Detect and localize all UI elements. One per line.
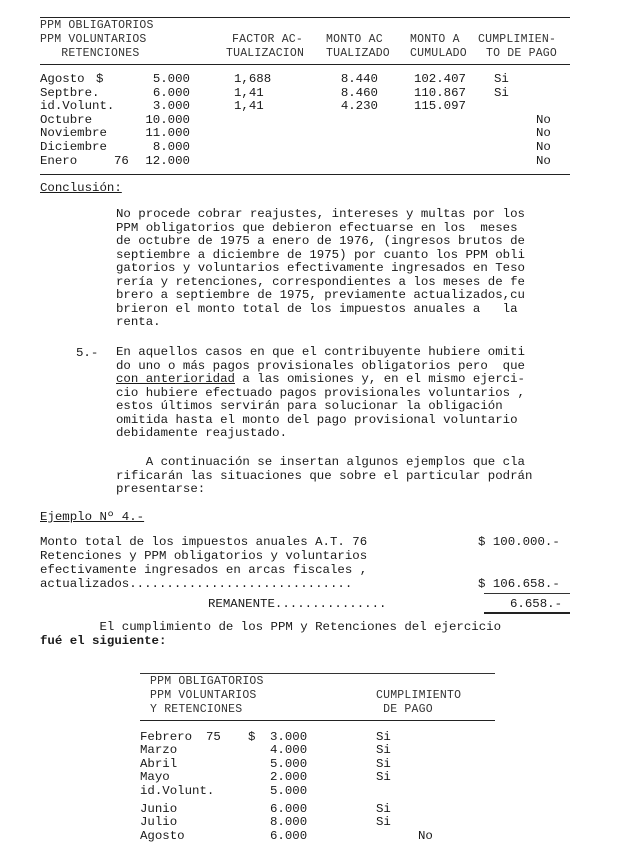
table-row: Enero7612.000No: [40, 154, 570, 168]
month-cell: id.Volunt.: [40, 99, 114, 113]
factor-cell: 1,41: [234, 99, 264, 113]
amount-cell: 5.000: [153, 72, 190, 86]
month-cell: Julio: [140, 815, 177, 829]
text-line: brieron el monto total de los impuestos …: [116, 303, 525, 317]
amount-cell: 6.000: [270, 802, 307, 816]
month-cell: Enero: [40, 154, 77, 168]
text-line: brero a septiembre de 1975, previamente …: [116, 289, 525, 303]
amount-cell: 2.000: [270, 770, 307, 784]
text-line: rería y retenciones, correspondientes a …: [116, 276, 525, 290]
point-number: 5.-: [76, 346, 98, 360]
table1-top-rule: [40, 17, 570, 18]
compliance-yes-cell: Si: [494, 72, 509, 86]
table1-header-monto-acumulado: MONTO ACUMULADO: [410, 33, 467, 61]
amount-cell: 3.000: [270, 730, 307, 744]
table1-header-col1: PPM OBLIGATORIOSPPM VOLUNTARIOS RETENCIO…: [40, 19, 154, 61]
text-line: omitida hasta el monto del pago provisio…: [116, 414, 525, 428]
amount-cell: 5.000: [270, 784, 307, 798]
text-line: PPM obligatorios que debieron efectuarse…: [116, 222, 525, 236]
amount-cell: 6.000: [153, 86, 190, 100]
table-row: Junio6.000Si: [140, 802, 495, 816]
text-line: de octubre de 1975 a enero de 1976, (ing…: [116, 235, 525, 249]
table2-header-rule: [140, 720, 495, 721]
example-value-total: $ 100.000.-: [478, 535, 560, 549]
compliance-no-cell: No: [536, 154, 551, 168]
table-row: Mayo2.000Si: [140, 770, 495, 784]
text-line: con anterioridad a las omisiones y, en e…: [116, 373, 525, 387]
table-row: Noviembre11.000No: [40, 126, 570, 140]
table-row: Marzo4.000Si: [140, 743, 495, 757]
point5-paragraph: En aquellos casos en que el contribuyent…: [116, 346, 525, 441]
amount-cell: 5.000: [270, 757, 307, 771]
month-cell: id.Volunt.: [140, 784, 214, 798]
amount-cell: 10.000: [145, 113, 190, 127]
amount-cell: 8.000: [153, 140, 190, 154]
symbol-cell: $: [248, 730, 255, 744]
table-row: Diciembre8.000No: [40, 140, 570, 154]
text-line: A continuación se insertan algunos ejemp…: [116, 456, 532, 470]
compliance-yes-cell: Si: [376, 757, 391, 771]
table2-header-col1: PPM OBLIGATORIOSPPM VOLUNTARIOSY RETENCI…: [150, 675, 264, 717]
amount-cell: 12.000: [145, 154, 190, 168]
accumulated-cell: 110.867: [414, 86, 466, 100]
amount-cell: 6.000: [270, 829, 307, 843]
compliance-no-cell: No: [536, 113, 551, 127]
text-line: No procede cobrar reajustes, intereses y…: [116, 208, 525, 222]
example-line-efectivamente: efectivamente ingresados en arcas fiscal…: [40, 563, 367, 577]
compliance-yes-cell: Si: [376, 743, 391, 757]
table1-header-factor: FACTOR AC-TUALIZACION: [226, 33, 304, 61]
month-cell: Octubre: [40, 113, 92, 127]
month-cell: Febrero: [140, 730, 192, 744]
text-line: estos últimos servirán para solucionar l…: [116, 400, 525, 414]
amount-cell: 4.000: [270, 743, 307, 757]
sum-rule: [484, 593, 570, 594]
table1-header-monto-actualizado: MONTO ACTUALIZADO: [326, 33, 390, 61]
month-cell: Septbre.: [40, 86, 100, 100]
compliance-yes-cell: Si: [376, 802, 391, 816]
example-line-actualizados: actualizados............................…: [40, 577, 352, 591]
table1-bottom-rule: [40, 174, 570, 175]
table1-header-rule: [40, 64, 570, 65]
table-row: Agosto6.000No: [140, 829, 495, 843]
example-line-retenciones: Retenciones y PPM obligatorios y volunta…: [40, 549, 367, 563]
month-cell: Mayo: [140, 770, 170, 784]
month-cell: Agosto: [40, 72, 85, 86]
amount-cell: 3.000: [153, 99, 190, 113]
sentence-line2: fué el siguiente:: [40, 634, 166, 648]
updated-amount-cell: 4.230: [341, 99, 378, 113]
text-line: septiembre a diciembre de 1975) por cuan…: [116, 249, 525, 263]
conclusion-paragraph: No procede cobrar reajustes, intereses y…: [116, 208, 525, 330]
text-line: En aquellos casos en que el contribuyent…: [116, 346, 525, 360]
table2-header-cumplimiento: CUMPLIMIENTO DE PAGO: [376, 689, 461, 717]
month-cell: Agosto: [140, 829, 185, 843]
updated-amount-cell: 8.460: [341, 86, 378, 100]
compliance-yes-cell: Si: [376, 815, 391, 829]
text-line: cio hubiere efectuado pagos provisionale…: [116, 387, 525, 401]
text-line: rificarán las situaciones que sobre el p…: [116, 470, 532, 484]
text-line: presentarse:: [116, 483, 532, 497]
compliance-no-cell: No: [536, 140, 551, 154]
compliance-no-cell: No: [536, 126, 551, 140]
compliance-no-cell: No: [418, 829, 433, 843]
intro-paragraph: A continuación se insertan algunos ejemp…: [116, 456, 532, 497]
table1-header-cumplimiento: CUMPLIMIEN-TO DE PAGO: [478, 33, 557, 61]
month-cell: Noviembre: [40, 126, 107, 140]
compliance-yes-cell: Si: [376, 770, 391, 784]
table-row: Abril5.000Si: [140, 757, 495, 771]
example-line-total: Monto total de los impuestos anuales A.T…: [40, 535, 367, 549]
example-heading: Ejemplo Nº 4.-: [40, 510, 144, 524]
conclusion-heading: Conclusión:: [40, 181, 122, 195]
amount-cell: 8.000: [270, 815, 307, 829]
factor-cell: 1,688: [234, 72, 271, 86]
text-line: renta.: [116, 316, 525, 330]
month-cell: Abril: [140, 757, 177, 771]
symbol-cell: $: [96, 72, 103, 86]
table-row: Febrero75$3.000Si: [140, 730, 495, 744]
total-rule: [484, 612, 570, 614]
table2-top-rule: [140, 673, 495, 674]
table-row: id.Volunt.5.000: [140, 784, 495, 798]
table-row: Octubre10.000No: [40, 113, 570, 127]
accumulated-cell: 115.097: [414, 99, 466, 113]
sentence-line1: El cumplimiento de los PPM y Retenciones…: [40, 620, 501, 634]
year-cell: 75: [206, 730, 221, 744]
symbol-cell: 76: [114, 154, 129, 168]
accumulated-cell: 102.407: [414, 72, 466, 86]
text-line: debidamente reajustado.: [116, 427, 525, 441]
table-row: Julio8.000Si: [140, 815, 495, 829]
remanente-label: REMANENTE...............: [208, 597, 386, 611]
compliance-yes-cell: Si: [494, 86, 509, 100]
compliance-yes-cell: Si: [376, 730, 391, 744]
table-row: Septbre.6.0001,418.460110.867Si: [40, 86, 570, 100]
amount-cell: 11.000: [145, 126, 190, 140]
month-cell: Diciembre: [40, 140, 107, 154]
table-row: Agosto$5.0001,6888.440102.407Si: [40, 72, 570, 86]
text-line: gatorios y voluntarios efectivamente ing…: [116, 262, 525, 276]
text-line: do uno o más pagos provisionales obligat…: [116, 360, 525, 374]
updated-amount-cell: 8.440: [341, 72, 378, 86]
factor-cell: 1,41: [234, 86, 264, 100]
month-cell: Junio: [140, 802, 177, 816]
table-row: id.Volunt.3.0001,414.230115.097: [40, 99, 570, 113]
example-value-actualizados: $ 106.658.-: [478, 577, 560, 591]
remanente-value: 6.658.-: [510, 597, 562, 611]
month-cell: Marzo: [140, 743, 177, 757]
